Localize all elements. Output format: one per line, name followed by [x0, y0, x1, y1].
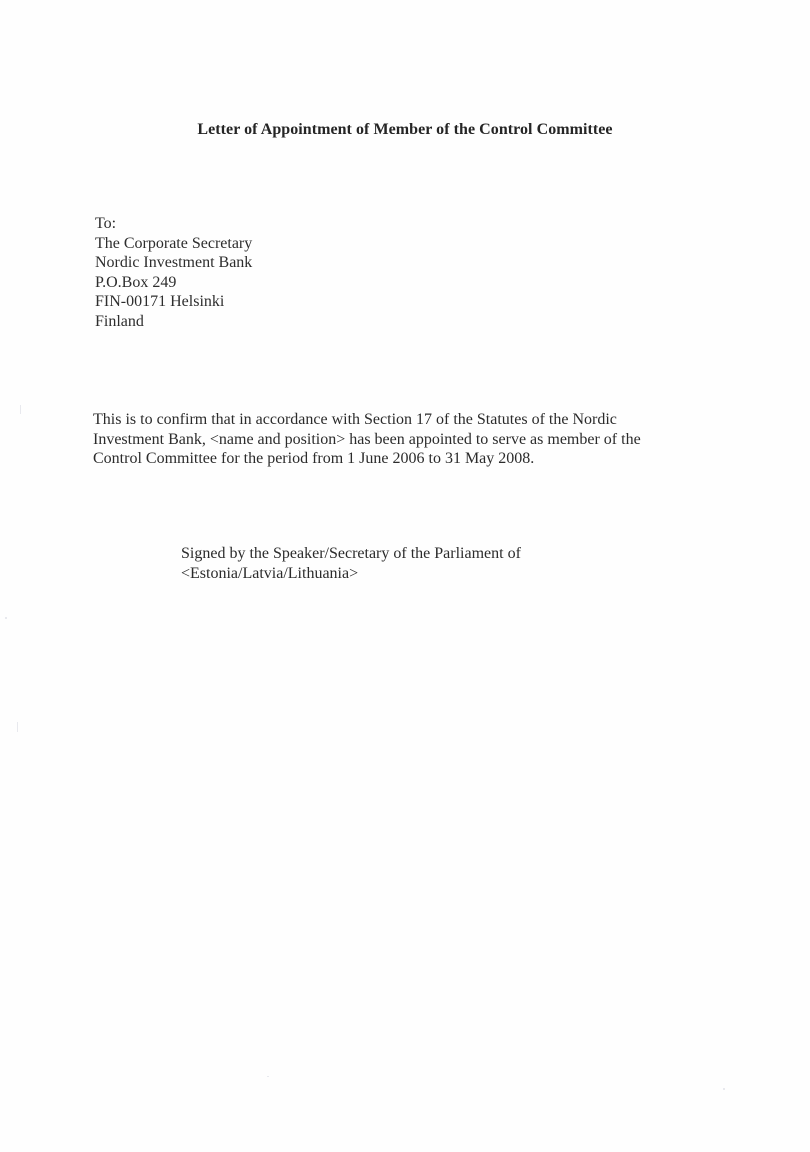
address-line-recipient: The Corporate Secretary [95, 234, 252, 254]
paragraph-line: Investment Bank, <name and position> has… [93, 430, 683, 450]
address-line-to: To: [95, 214, 252, 234]
scan-speck [5, 617, 7, 619]
address-line-country: Finland [95, 312, 252, 332]
address-line-organization: Nordic Investment Bank [95, 253, 252, 273]
scan-speck [17, 722, 18, 732]
address-line-postal-city: FIN-00171 Helsinki [95, 292, 252, 312]
signature-line: <Estonia/Latvia/Lithuania> [181, 564, 521, 584]
document-title: Letter of Appointment of Member of the C… [0, 121, 810, 139]
scan-speck [20, 405, 21, 414]
confirmation-paragraph: This is to confirm that in accordance wi… [93, 410, 683, 469]
paragraph-line: This is to confirm that in accordance wi… [93, 410, 683, 430]
recipient-address: To: The Corporate Secretary Nordic Inves… [95, 214, 252, 331]
paragraph-line: Control Committee for the period from 1 … [93, 449, 683, 469]
scan-speck [723, 1088, 725, 1090]
signature-block: Signed by the Speaker/Secretary of the P… [181, 544, 521, 584]
signature-line: Signed by the Speaker/Secretary of the P… [181, 544, 521, 564]
address-line-po-box: P.O.Box 249 [95, 273, 252, 293]
scan-speck [267, 1076, 269, 1077]
document-page: Letter of Appointment of Member of the C… [0, 0, 810, 1152]
